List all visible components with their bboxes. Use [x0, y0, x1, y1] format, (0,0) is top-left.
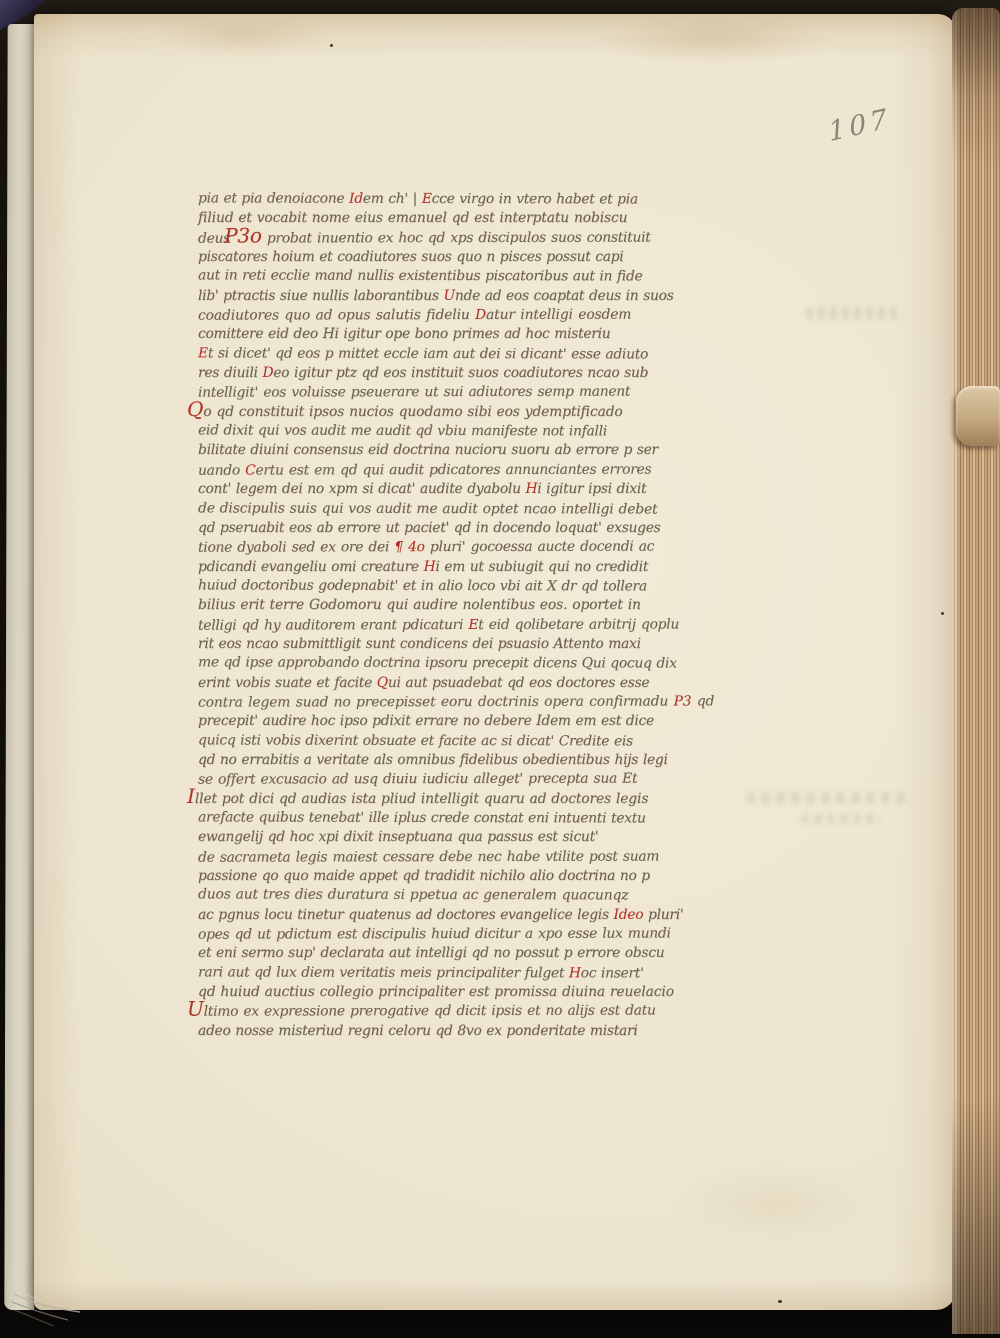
- ink-text: rari aut qd lux diem veritatis meis prin…: [198, 964, 569, 981]
- rubricated-text: Ideo: [614, 907, 644, 923]
- rubricated-text: P3o: [224, 223, 262, 247]
- ink-text: ac pgnus locu tinetur quatenus ad doctor…: [198, 907, 614, 923]
- ink-text: o qd constituit ipsos nucios quodamo sib…: [203, 404, 622, 420]
- manuscript-line: bilitate diuini consensus eid doctrina n…: [198, 441, 726, 460]
- ink-text: i igitur ipsi dixit: [537, 481, 646, 497]
- ink-text: t si dicet' qd eos p mittet eccle iam au…: [208, 345, 648, 362]
- rubricated-text: C: [245, 462, 255, 478]
- manuscript-line: duos aut tres dies duratura si ppetua ac…: [198, 886, 726, 907]
- ink-text: erint vobis suate et facite: [198, 675, 377, 691]
- ghost-text-offset: [746, 792, 906, 804]
- ink-text: telligi qd hy auditorem erant pdicaturi: [198, 617, 468, 634]
- manuscript-line: eid dixit qui vos audit me audit qd vbiu…: [198, 421, 726, 442]
- manuscript-line: quicq isti vobis dixerint obsuate et fac…: [198, 731, 726, 752]
- manuscript-line: piscatores hoium et coadiutores suos quo…: [198, 248, 726, 267]
- ghost-text-offset: [806, 306, 902, 320]
- manuscript-line: filiud et vocabit nome eius emanuel qd e…: [198, 209, 726, 228]
- ink-text: qd pseruabit eos ab errore ut paciet' qd…: [198, 520, 661, 536]
- folio-number: 107: [827, 103, 893, 148]
- ink-text: intelligit' eos voluisse pseuerare ut su…: [198, 384, 630, 401]
- manuscript-line: bilius erit terre Godomoru qui audire no…: [198, 596, 726, 615]
- manuscript-line: qd pseruabit eos ab errore ut paciet' qd…: [198, 519, 726, 538]
- manuscript-line: cont' legem dei no xpm si dicat' audite …: [198, 480, 726, 499]
- ink-text: comittere eid deo Hi igitur ope bono pri…: [198, 326, 610, 342]
- ink-text: eid dixit qui vos audit me audit qd vbiu…: [198, 422, 607, 439]
- manuscript-line: comittere eid deo Hi igitur ope bono pri…: [198, 325, 726, 344]
- binding-threads: [10, 1288, 90, 1332]
- ink-text: quicq isti vobis dixerint obsuate et fac…: [198, 732, 633, 749]
- rubricated-text: U: [443, 288, 454, 304]
- ink-text: ewangelij qd hoc xpi dixit inseptuana qu…: [198, 829, 598, 845]
- rubricated-text: D: [262, 365, 273, 381]
- rubricated-text: H: [424, 559, 436, 575]
- ink-text: huiud doctoribus godepnabit' et in alio …: [198, 577, 647, 594]
- manuscript-line: res diuili Deo igitur ptz qd eos institu…: [198, 364, 726, 383]
- manuscript-line: telligi qd hy auditorem erant pdicaturi …: [198, 615, 726, 636]
- ink-text: em ch' |: [363, 191, 422, 207]
- rubricated-text: D: [475, 307, 486, 323]
- ink-text: se offert excusacio ad usq diuiu iudiciu…: [198, 771, 637, 788]
- ink-text: ltimo ex expressione prerogative qd dici…: [204, 1003, 656, 1020]
- manuscript-line: opes qd ut pdictum est discipulis huiud …: [198, 924, 726, 945]
- top-edge-stain: [594, 14, 834, 64]
- previous-page-edge: [4, 24, 37, 1310]
- manuscript-page: 107 pia et pia denoiacone Idem ch' | Ecc…: [34, 14, 956, 1310]
- ink-text: aut in reti ecclie mand nullis existenti…: [198, 268, 642, 285]
- manuscript-line: intelligit' eos voluisse pseuerare ut su…: [198, 383, 726, 404]
- ink-speck: [941, 612, 944, 615]
- ink-text: t eid qolibetare arbitrij qoplu: [478, 616, 679, 632]
- rubricated-text: Q: [377, 675, 388, 691]
- ink-text: nde ad eos coaptat deus in suos: [455, 288, 674, 304]
- rubricated-text: I: [187, 784, 195, 808]
- ink-text: pluri' gocoessa aucte docendi ac: [425, 539, 655, 556]
- ink-speck: [330, 44, 333, 47]
- manuscript-line: de sacrameta legis maiest cessare debe n…: [198, 847, 726, 868]
- ink-text: atur intelligi eosdem: [486, 307, 631, 323]
- top-edge-stain: [154, 16, 334, 56]
- manuscript-line: Illet pot dici qd audias ista pliud inte…: [198, 790, 726, 809]
- ink-text: et eni sermo sup' declarata aut intellig…: [198, 945, 664, 961]
- rubricated-text: E: [468, 617, 478, 633]
- ink-text: duos aut tres dies duratura si ppetua ac…: [198, 887, 628, 904]
- ink-text: ui aut psuadebat qd eos doctores esse: [388, 675, 650, 691]
- manuscript-line: rit eos ncao submittligit sunt condicens…: [198, 635, 726, 654]
- manuscript-line: et eni sermo sup' declarata aut intellig…: [198, 944, 726, 963]
- ink-text: llet pot dici qd audias ista pliud intel…: [195, 791, 648, 807]
- ink-text: qd huiud auctius collegio principaliter …: [198, 984, 674, 1000]
- ink-text: piscatores hoium et coadiutores suos quo…: [198, 249, 623, 265]
- manuscript-line: se offert excusacio ad usq diuiu iudiciu…: [198, 770, 726, 791]
- ink-text: eo igitur ptz qd eos instituit suos coad…: [273, 365, 648, 381]
- ink-text: oc insert': [581, 965, 644, 981]
- manuscript-line: precepit' audire hoc ipso pdixit errare …: [198, 712, 726, 731]
- ink-text: coadiutores quo ad opus salutis fideliu: [198, 307, 475, 324]
- ink-text: opes qd ut pdictum est discipulis huiud …: [198, 926, 671, 943]
- ink-text: cont' legem dei no xpm si dicat' audite …: [198, 481, 525, 497]
- manuscript-line: erint vobis suate et facite Qui aut psua…: [198, 674, 726, 693]
- ink-text: qd: [691, 693, 714, 709]
- ink-text: qd no errabitis a veritate als omnibus f…: [198, 752, 668, 768]
- ink-text: ertu est em qd qui audit pdicatores annu…: [255, 461, 651, 478]
- corner-stain: [674, 1164, 874, 1244]
- ink-text: arefacte quibus tenebat' ille iplus cred…: [198, 809, 646, 826]
- manuscript-line: uando Certu est em qd qui audit pdicator…: [198, 460, 726, 481]
- ink-text: adeo nosse misteriud regni celoru qd 8vo…: [198, 1023, 638, 1039]
- rubricated-text: E: [198, 345, 208, 361]
- ink-speck: [778, 1300, 782, 1303]
- ink-text: i em ut subiugit qui no credidit: [435, 559, 648, 575]
- manuscript-line: arefacte quibus tenebat' ille iplus cred…: [198, 808, 726, 829]
- ink-text: rit eos ncao submittligit sunt condicens…: [198, 636, 641, 652]
- manuscript-line: contra legem suad no precepisset eoru do…: [198, 692, 726, 713]
- ink-text: filiud et vocabit nome eius emanuel qd e…: [198, 210, 627, 226]
- rubricated-text: H: [569, 965, 581, 981]
- ink-text: bilius erit terre Godomoru qui audire no…: [198, 597, 641, 613]
- manuscript-line: Qo qd constituit ipsos nucios quodamo si…: [198, 403, 726, 422]
- manuscript-line: me qd ipse approbando doctrina ipsoru pr…: [198, 654, 726, 675]
- manuscript-line: Et si dicet' qd eos p mittet eccle iam a…: [198, 344, 726, 365]
- manuscript-line: deus P3o probat inuentio ex hoc qd xps d…: [198, 228, 726, 249]
- manuscript-line: coadiutores quo ad opus salutis fideliu …: [198, 305, 726, 326]
- manuscript-line: adeo nosse misteriud regni celoru qd 8vo…: [198, 1022, 726, 1041]
- ink-text: de sacrameta legis maiest cessare debe n…: [198, 848, 659, 865]
- ink-text: tione dyaboli sed ex ore dei: [198, 539, 394, 555]
- manuscript-line: Ultimo ex expressione prerogative qd dic…: [198, 1002, 726, 1023]
- book-photo: 107 pia et pia denoiacone Idem ch' | Ecc…: [0, 0, 1000, 1338]
- ink-text: passione qo quo maide appet qd tradidit …: [198, 868, 650, 884]
- rubricated-text: H: [525, 481, 537, 497]
- manuscript-line: ac pgnus locu tinetur quatenus ad doctor…: [198, 906, 726, 925]
- fore-edge-pages: [952, 8, 1000, 1334]
- ink-text: de discipulis suis qui vos audit me audi…: [198, 500, 658, 517]
- parchment-index-tab: [956, 386, 1000, 446]
- rubricated-text: E: [422, 191, 432, 207]
- rubricated-text: P3: [674, 693, 692, 709]
- ink-text: pia et pia denoiacone: [198, 190, 349, 206]
- ink-text: me qd ipse approbando doctrina ipsoru pr…: [198, 655, 677, 672]
- ink-text: bilitate diuini consensus eid doctrina n…: [198, 442, 658, 458]
- ink-text: uando: [198, 462, 245, 478]
- ink-text: precepit' audire hoc ipso pdixit errare …: [198, 713, 654, 729]
- manuscript-line: passione qo quo maide appet qd tradidit …: [198, 867, 726, 886]
- ink-text: pluri': [643, 907, 683, 923]
- manuscript-line: rari aut qd lux diem veritatis meis prin…: [198, 963, 726, 984]
- rubricated-text: Id: [349, 191, 363, 207]
- ink-text: contra legem suad no precepisset eoru do…: [198, 693, 674, 710]
- manuscript-line: aut in reti ecclie mand nullis existenti…: [198, 267, 726, 288]
- manuscript-line: pia et pia denoiacone Idem ch' | Ecce vi…: [198, 189, 726, 210]
- ink-text: cce virgo in vtero habet et pia: [432, 191, 638, 208]
- manuscript-line: lib' ptractis siue nullis laborantibus U…: [198, 287, 726, 306]
- manuscript-line: ewangelij qd hoc xpi dixit inseptuana qu…: [198, 828, 726, 847]
- ink-text: res diuili: [198, 365, 262, 381]
- rubricated-text: U: [187, 997, 204, 1021]
- ink-text: pdicandi evangeliu omi creature: [198, 559, 424, 575]
- rubricated-text: ¶ 4o: [394, 539, 424, 555]
- text-block: pia et pia denoiacone Idem ch' | Ecce vi…: [198, 190, 726, 1041]
- manuscript-line: qd no errabitis a veritate als omnibus f…: [198, 751, 726, 770]
- manuscript-line: qd huiud auctius collegio principaliter …: [198, 983, 726, 1002]
- manuscript-line: tione dyaboli sed ex ore dei ¶ 4o pluri'…: [198, 538, 726, 559]
- manuscript-line: pdicandi evangeliu omi creature Hi em ut…: [198, 558, 726, 577]
- manuscript-line: de discipulis suis qui vos audit me audi…: [198, 499, 726, 520]
- ink-text: probat inuentio ex hoc qd xps discipulos…: [262, 229, 651, 246]
- ink-text: lib' ptractis siue nullis laborantibus: [198, 288, 443, 304]
- manuscript-line: huiud doctoribus godepnabit' et in alio …: [198, 576, 726, 597]
